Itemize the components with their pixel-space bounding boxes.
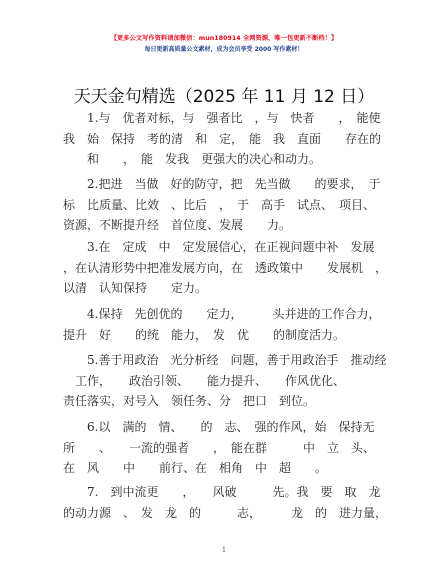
- paragraph-line: 所 、 一流的强者 ， 能在群 中 立 头、: [63, 438, 385, 459]
- paragraph-6: 6.以 满的 情、 的 志、 强的作风，始 保持无 所 、 一流的强者 ， 能在…: [63, 417, 385, 479]
- promo-banner-line-2: 每日更新高质量公文素材，成为会员享受 2000 写作素材！: [0, 44, 448, 53]
- promo-banner-line-1: 【更多公文写作资料请加微信：mun180914 全网资源，唯一包更新不断档！】: [0, 33, 448, 42]
- paragraph-1: 1.与 优者对标，与 强者比 ，与 快者 ， 能使 我 始 保持 考的清 和 定…: [63, 108, 385, 170]
- paragraph-line: 3.在 定成 中 定发展信心，在正视问题中补 发展: [63, 237, 385, 258]
- paragraph-4: 4.保持 先创优的 定力， 头并进的工作合力， 提升 好 的统 能力， 发 优 …: [63, 304, 385, 345]
- paragraph-line: 责任落实，对号入 领任务、分 把口 到位。: [63, 391, 385, 412]
- paragraph-line: 5.善于用政治 光分析经 问题，善于用政治手 推动经: [63, 350, 385, 371]
- paragraph-line: 标 比质量、比效 、比后 ， 于 高手 试点、 项目、: [63, 195, 385, 216]
- document-page: 【更多公文写作资料请加微信：mun180914 全网资源，唯一包更新不断档！】 …: [0, 0, 448, 580]
- paragraph-line: 提升 好 的统 能力， 发 优 的制度活力。: [63, 325, 385, 346]
- paragraph-line: 我 始 保持 考的清 和 定， 能 我 直面 存在的: [63, 129, 385, 150]
- paragraph-line: ，在认清形势中把准发展方向，在 透政策中 发展机 ，: [63, 258, 385, 279]
- page-title: 天天金句精选（2025 年 11 月 12 日）: [0, 82, 448, 107]
- paragraph-line: 6.以 满的 情、 的 志、 强的作风，始 保持无: [63, 417, 385, 438]
- paragraph-line: 在 风 中 前行、在 相角 中 超 。: [63, 458, 385, 479]
- paragraph-5: 5.善于用政治 光分析经 问题，善于用政治手 推动经 工作， 政治引领、 能力提…: [63, 350, 385, 412]
- paragraph-line: 以清 认知保持 定力。: [63, 278, 385, 299]
- paragraph-line: 和 ， 能 发我 更强大的决心和动力。: [63, 149, 385, 170]
- paragraph-line: 工作， 政治引领、 能力提升、 作风优化、: [63, 371, 385, 392]
- paragraph-7: 7. 到中流更 ， 风破 先。我 要 取 龙 的动力源 、 发 龙 的 志， 龙…: [63, 482, 385, 523]
- paragraph-line: 7. 到中流更 ， 风破 先。我 要 取 龙: [63, 482, 385, 503]
- paragraph-line: 1.与 优者对标，与 强者比 ，与 快者 ， 能使: [63, 108, 385, 129]
- page-number: 1: [0, 546, 448, 554]
- paragraph-line: 资源，不断提升经 首位度、发展 力。: [63, 215, 385, 236]
- paragraph-line: 2.把进 当做 好的防守，把 先当做 的要求， 于: [63, 174, 385, 195]
- paragraph-line: 的动力源 、 发 龙 的 志， 龙 的 进力量，: [63, 503, 385, 524]
- paragraph-line: 4.保持 先创优的 定力， 头并进的工作合力，: [63, 304, 385, 325]
- paragraph-2: 2.把进 当做 好的防守，把 先当做 的要求， 于 标 比质量、比效 、比后 ，…: [63, 174, 385, 236]
- paragraph-3: 3.在 定成 中 定发展信心，在正视问题中补 发展 ，在认清形势中把准发展方向，…: [63, 237, 385, 299]
